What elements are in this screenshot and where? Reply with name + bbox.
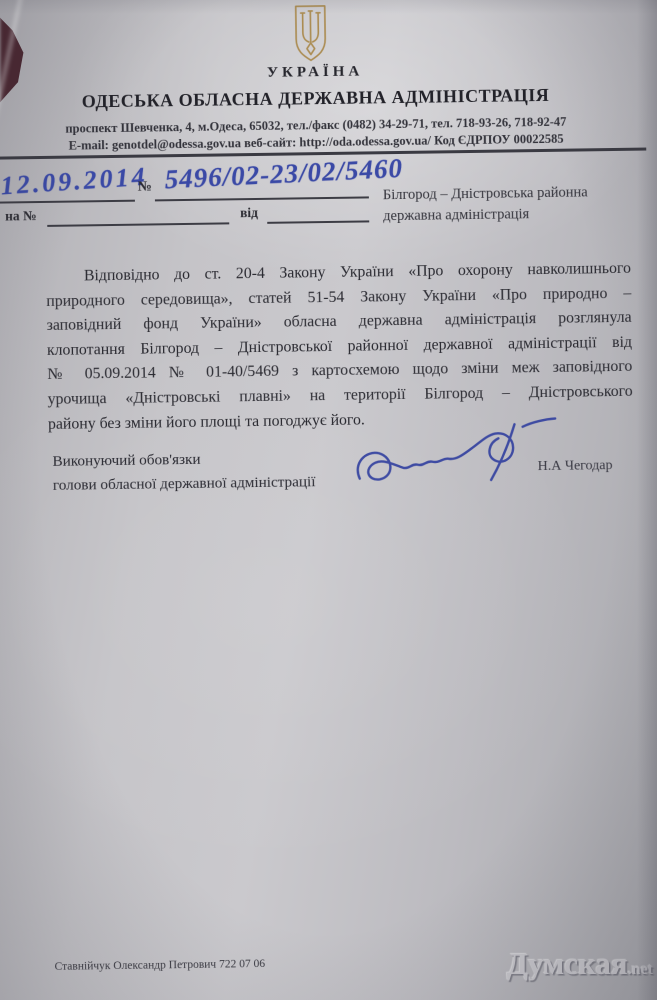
document-photo: УКРАЇНА ОДЕСЬКА ОБЛАСНА ДЕРЖАВНА АДМІНІС… — [0, 0, 657, 1000]
number-underline — [155, 196, 369, 201]
letter-page: УКРАЇНА ОДЕСЬКА ОБЛАСНА ДЕРЖАВНА АДМІНІС… — [0, 0, 657, 1000]
recipient-block: Білгород – Дністровська районна державна… — [383, 182, 644, 228]
watermark-text: Думская — [507, 946, 628, 981]
watermark-suffix: .net — [628, 961, 653, 978]
site-watermark: Думская.net — [507, 946, 653, 982]
handwritten-outgoing-number: 5496/02-23/02/5460 — [164, 153, 404, 196]
tryzub-emblem-icon — [292, 4, 329, 62]
reply-to-number-label: на № — [5, 208, 37, 224]
number-sign-label: № — [138, 179, 152, 195]
from-date-label: від — [240, 205, 258, 221]
signer-name: Н.А Чегодар — [538, 458, 613, 475]
country-title: УКРАЇНА — [0, 60, 635, 86]
recipient-line: державна адміністрація — [383, 203, 643, 228]
organization-title: ОДЕСЬКА ОБЛАСНА ДЕРЖАВНА АДМІНІСТРАЦІЯ — [0, 84, 636, 114]
handwritten-date: 12.09.2014 — [0, 162, 148, 202]
reply-number-underline — [47, 222, 229, 226]
handwritten-signature — [346, 409, 566, 505]
from-date-underline — [267, 220, 369, 223]
executor-contact: Ставнійчук Олександр Петрович 722 07 06 — [55, 958, 266, 973]
date-underline — [0, 200, 135, 203]
signer-title-line: голови обласної державної адміністрації — [53, 469, 383, 497]
signer-title-block: Виконуючий обов'язки голови обласної дер… — [52, 445, 383, 497]
